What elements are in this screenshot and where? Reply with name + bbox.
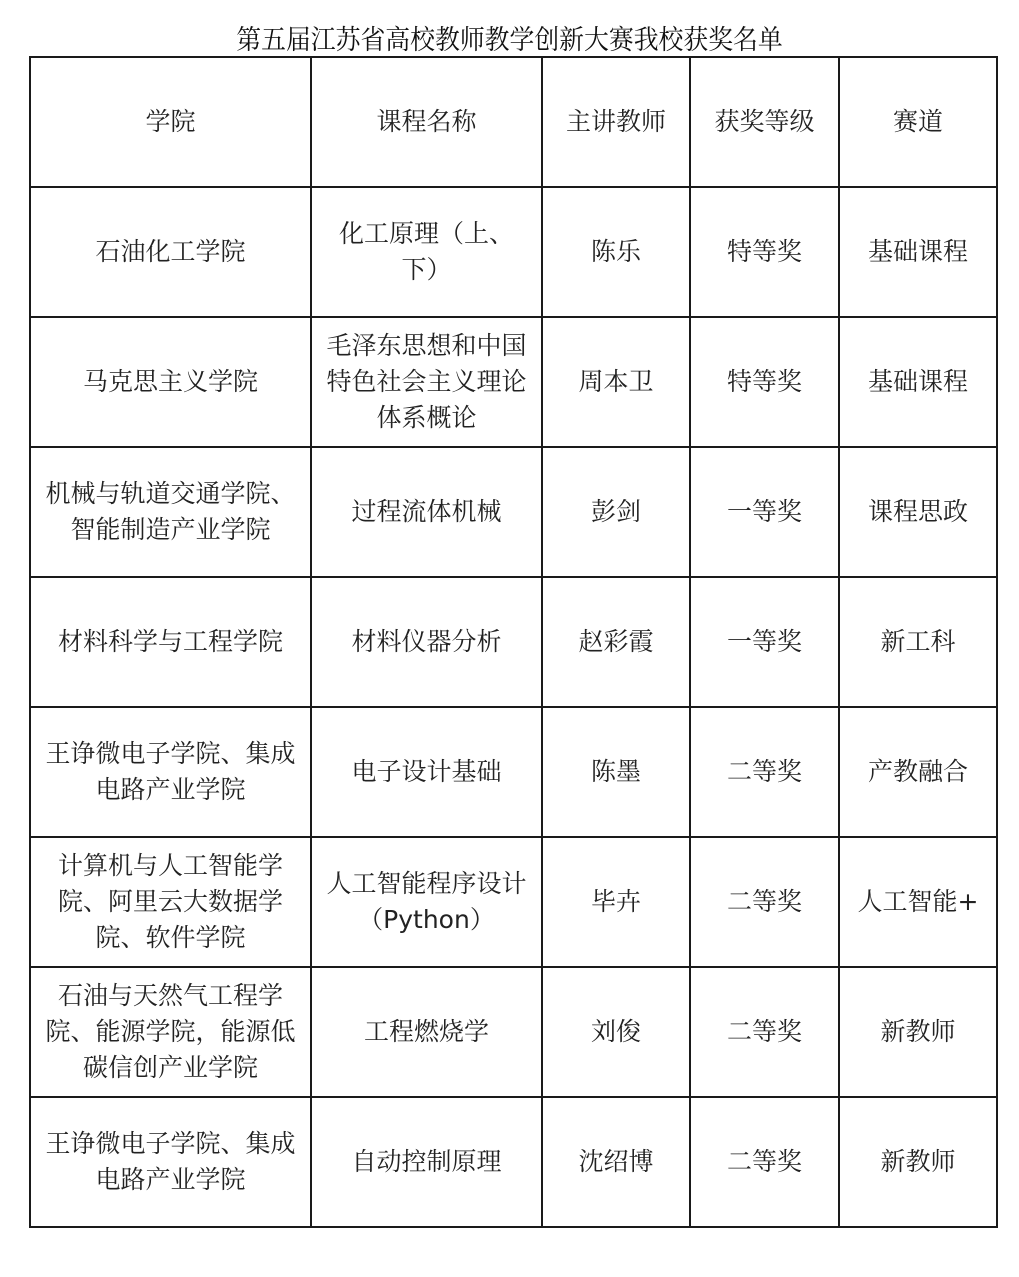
header-course: 课程名称 [311,57,542,187]
cell-award: 二等奖 [690,1097,839,1227]
cell-track: 基础课程 [839,317,997,447]
cell-teacher: 刘俊 [542,967,690,1097]
cell-college: 材料科学与工程学院 [30,577,311,707]
cell-award: 二等奖 [690,837,839,967]
cell-teacher: 沈绍博 [542,1097,690,1227]
cell-teacher: 陈乐 [542,187,690,317]
header-track: 赛道 [839,57,997,187]
cell-college: 计算机与人工智能学院、阿里云大数据学院、软件学院 [30,837,311,967]
cell-award: 特等奖 [690,317,839,447]
cell-teacher: 周本卫 [542,317,690,447]
awards-table: 学院 课程名称 主讲教师 获奖等级 赛道 石油化工学院 化工原理（上、下） 陈乐… [29,56,998,1228]
cell-course: 自动控制原理 [311,1097,542,1227]
table-row: 计算机与人工智能学院、阿里云大数据学院、软件学院 人工智能程序设计（Python… [30,837,997,967]
table-row: 机械与轨道交通学院、智能制造产业学院 过程流体机械 彭剑 一等奖 课程思政 [30,447,997,577]
cell-college: 石油与天然气工程学院、能源学院，能源低碳信创产业学院 [30,967,311,1097]
cell-track: 基础课程 [839,187,997,317]
cell-teacher: 毕卉 [542,837,690,967]
cell-track: 产教融合 [839,707,997,837]
cell-teacher: 陈墨 [542,707,690,837]
cell-award: 一等奖 [690,577,839,707]
cell-course: 过程流体机械 [311,447,542,577]
cell-award: 二等奖 [690,967,839,1097]
cell-course: 化工原理（上、下） [311,187,542,317]
cell-course: 电子设计基础 [311,707,542,837]
table-row: 王诤微电子学院、集成电路产业学院 电子设计基础 陈墨 二等奖 产教融合 [30,707,997,837]
table-row: 材料科学与工程学院 材料仪器分析 赵彩霞 一等奖 新工科 [30,577,997,707]
cell-college: 王诤微电子学院、集成电路产业学院 [30,1097,311,1227]
header-teacher: 主讲教师 [542,57,690,187]
cell-track: 课程思政 [839,447,997,577]
cell-college: 石油化工学院 [30,187,311,317]
cell-track: 新教师 [839,1097,997,1227]
cell-college: 王诤微电子学院、集成电路产业学院 [30,707,311,837]
cell-teacher: 彭剑 [542,447,690,577]
cell-track: 人工智能+ [839,837,997,967]
header-college: 学院 [30,57,311,187]
table-row: 王诤微电子学院、集成电路产业学院 自动控制原理 沈绍博 二等奖 新教师 [30,1097,997,1227]
cell-award: 二等奖 [690,707,839,837]
table-row: 马克思主义学院 毛泽东思想和中国特色社会主义理论体系概论 周本卫 特等奖 基础课… [30,317,997,447]
cell-course: 毛泽东思想和中国特色社会主义理论体系概论 [311,317,542,447]
cell-track: 新工科 [839,577,997,707]
table-header-row: 学院 课程名称 主讲教师 获奖等级 赛道 [30,57,997,187]
header-award: 获奖等级 [690,57,839,187]
table-row: 石油与天然气工程学院、能源学院，能源低碳信创产业学院 工程燃烧学 刘俊 二等奖 … [30,967,997,1097]
cell-college: 马克思主义学院 [30,317,311,447]
document-title: 第五届江苏省高校教师教学创新大赛我校获奖名单 [41,18,978,57]
cell-course: 人工智能程序设计（Python） [311,837,542,967]
table-row: 石油化工学院 化工原理（上、下） 陈乐 特等奖 基础课程 [30,187,997,317]
cell-course: 工程燃烧学 [311,967,542,1097]
cell-award: 一等奖 [690,447,839,577]
cell-teacher: 赵彩霞 [542,577,690,707]
cell-track: 新教师 [839,967,997,1097]
cell-award: 特等奖 [690,187,839,317]
cell-college: 机械与轨道交通学院、智能制造产业学院 [30,447,311,577]
cell-course: 材料仪器分析 [311,577,542,707]
